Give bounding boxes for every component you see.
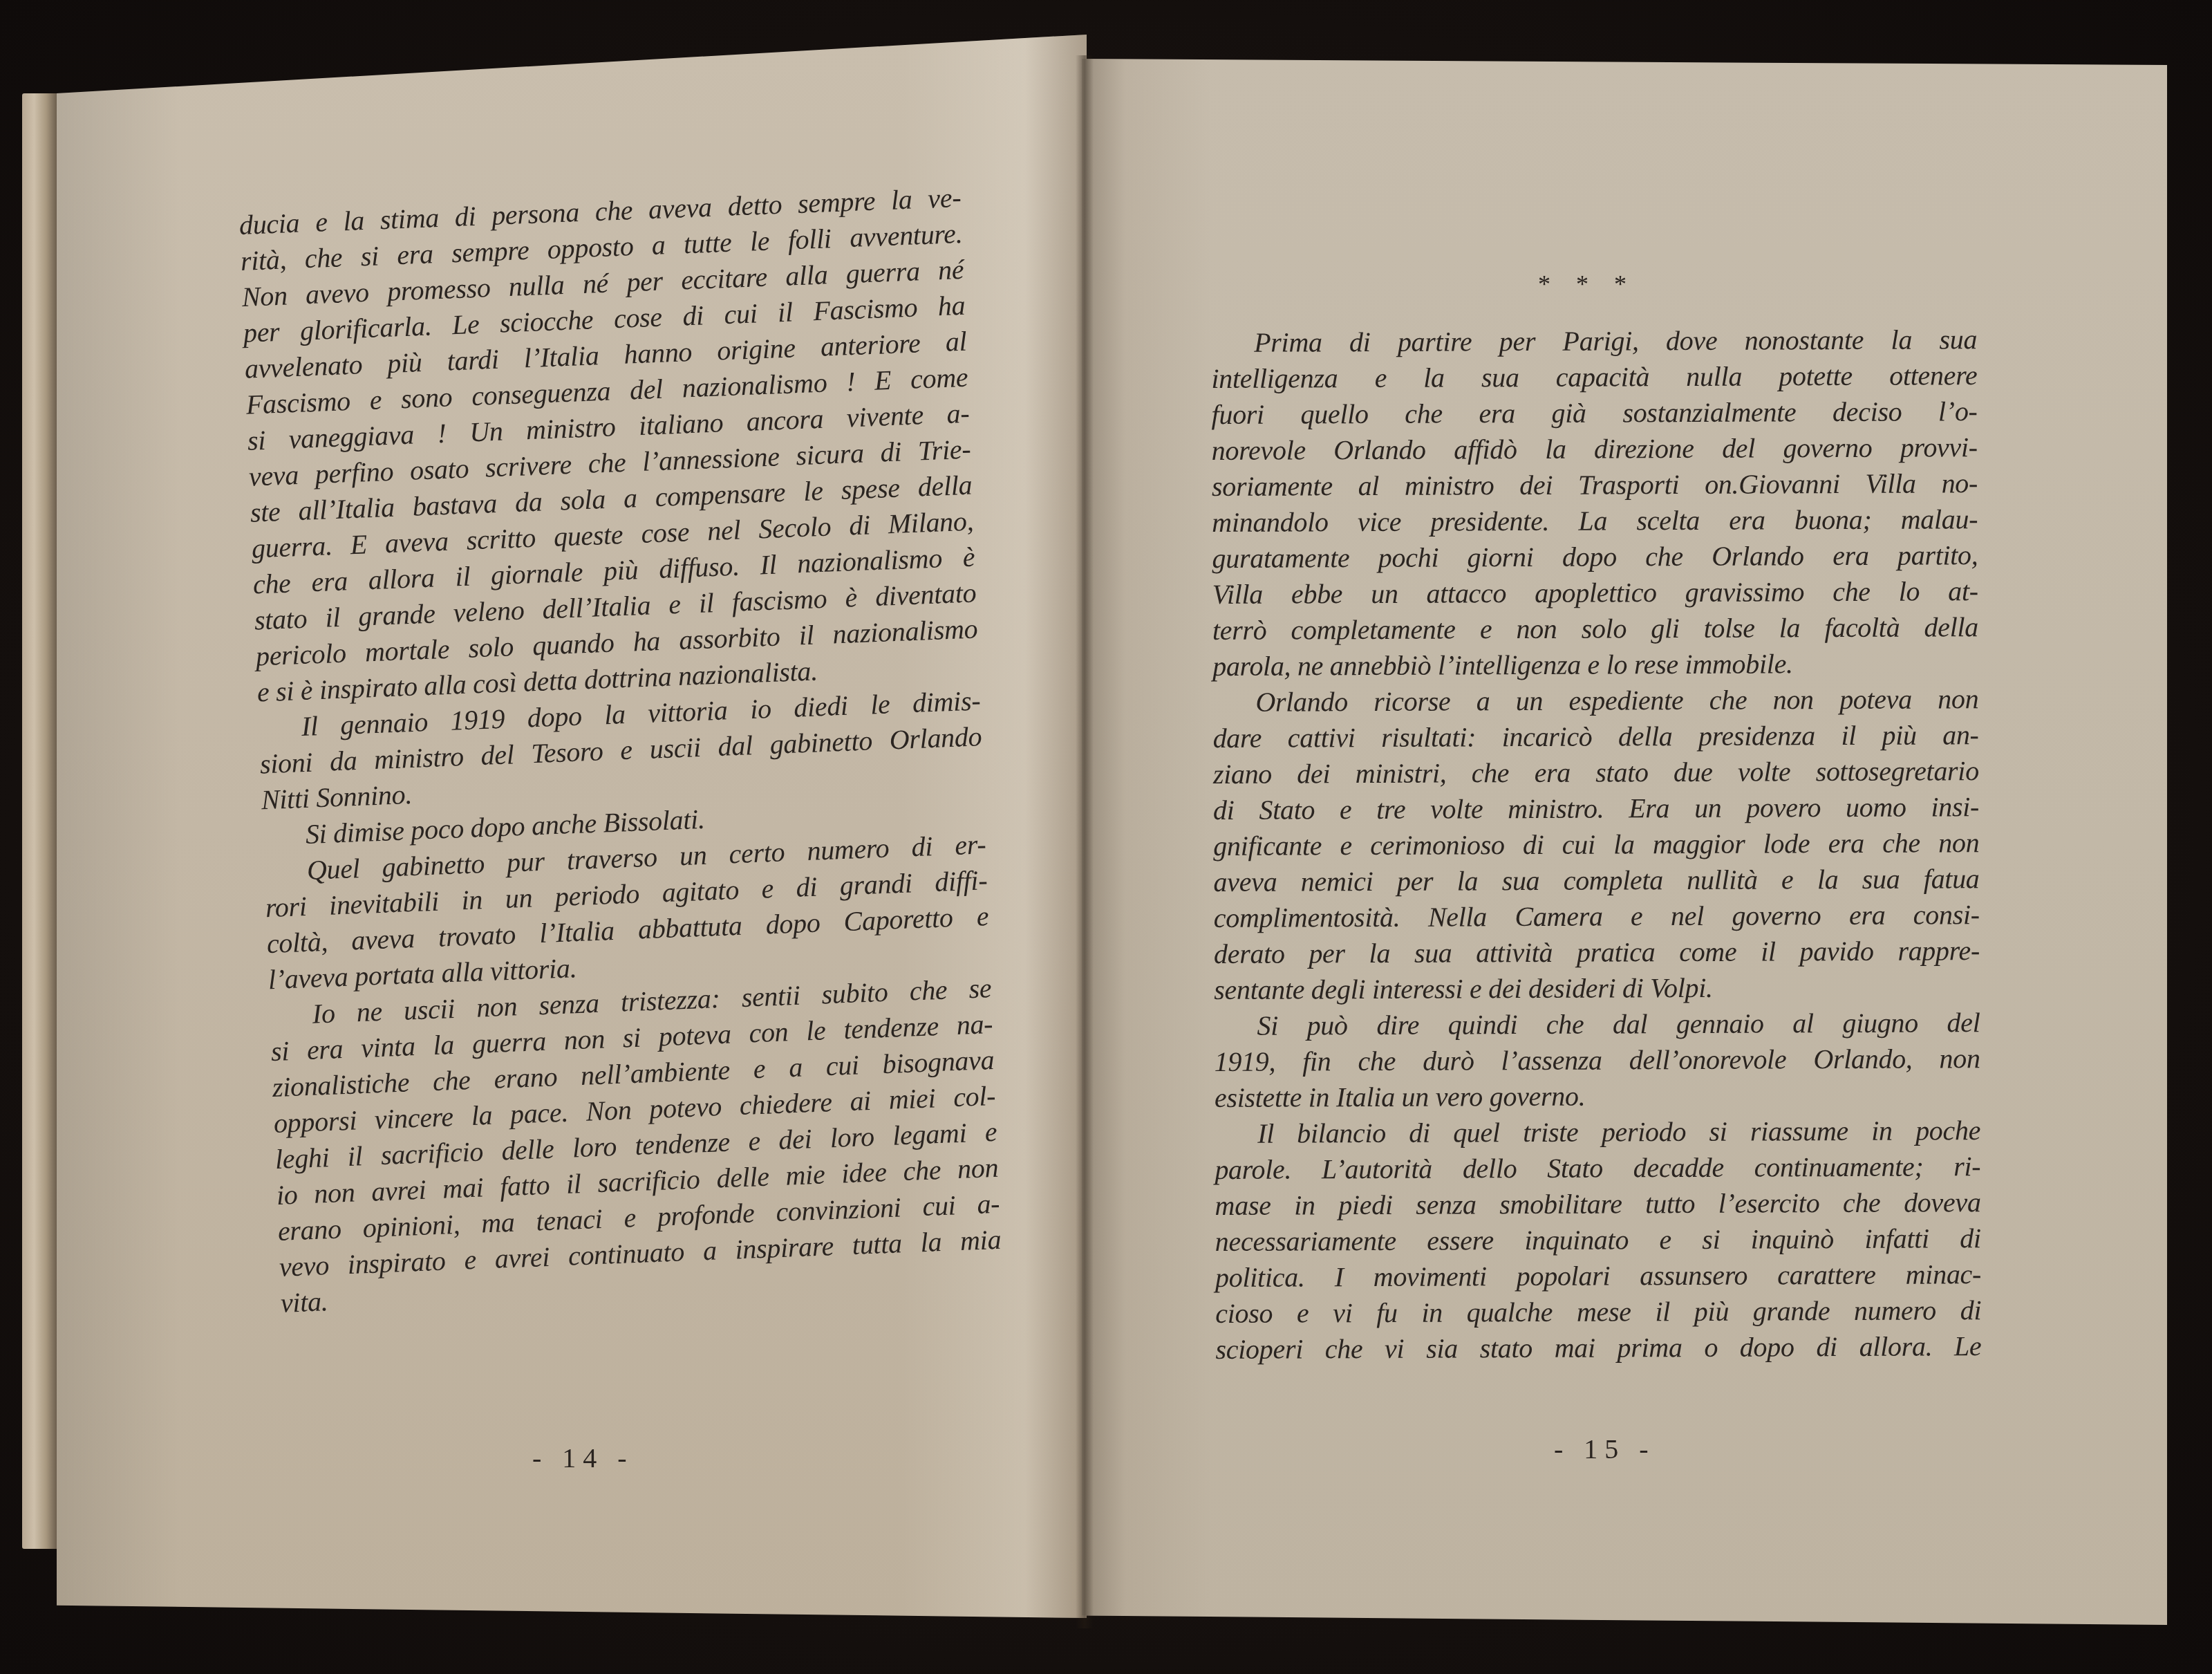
paragraph-start-line: Si può dire quindi che dal gennaio al gi… xyxy=(1214,1005,1980,1044)
page-number-left: - 14 - xyxy=(532,1442,634,1474)
text-line: esistette in Italia un vero governo. xyxy=(1215,1077,1980,1116)
text-line: soriamente al ministro dei Trasporti on.… xyxy=(1212,465,1978,505)
text-line: parole. L’autorità dello Stato decadde c… xyxy=(1215,1148,1980,1188)
text-line: cioso e vi fu in qualche mese il più gra… xyxy=(1215,1292,1981,1332)
text-line: norevole Orlando affidò la direzione del… xyxy=(1212,429,1978,469)
paragraph-start-line: Orlando ricorse a un espediente che non … xyxy=(1212,681,1978,720)
text-line: derato per la sua attività pratica come … xyxy=(1214,933,1980,972)
text-line: Villa ebbe un attacco apoplettico gravis… xyxy=(1212,573,1978,613)
text-line: scioperi che vi sia stato mai prima o do… xyxy=(1215,1328,1981,1368)
book-spine xyxy=(22,93,62,1549)
text-line: parola, ne annebbiò l’intelligenza e lo … xyxy=(1212,645,1978,685)
text-line: sentante degli interessi e dei desideri … xyxy=(1214,969,1980,1008)
text-line: mase in piedi senza smobilitare tutto l’… xyxy=(1215,1184,1980,1224)
text-line: 1919, fin che durò l’assenza dell’onorev… xyxy=(1215,1041,1980,1080)
text-line: guratamente pochi giorni dopo che Orland… xyxy=(1212,537,1978,577)
text-line: intelligenza e la sua capacità nulla pot… xyxy=(1211,357,1977,397)
right-page-text: Prima di partire per Parigi, dove nonost… xyxy=(1211,322,1982,1368)
text-line: fuori quello che era già sostanzialmente… xyxy=(1211,393,1977,433)
text-line: di Stato e tre volte ministro. Era un po… xyxy=(1213,789,1979,828)
text-line: minandolo vice presidente. La scelta era… xyxy=(1212,501,1978,541)
paragraph-start-line: Il bilancio di quel triste periodo si ri… xyxy=(1215,1113,1980,1152)
book-gutter xyxy=(1076,55,1094,1628)
text-line: ziano dei ministri, che era stato due vo… xyxy=(1213,753,1979,792)
text-line: necessariamente essere inquinato e si in… xyxy=(1215,1220,1981,1260)
page-number-right: - 15 - xyxy=(1554,1433,1656,1465)
text-line: dare cattivi risultati: incaricò della p… xyxy=(1212,717,1978,756)
text-line: complimentosità. Nella Camera e nel gove… xyxy=(1214,897,1980,936)
text-line: terrò completamente e non solo gli tolse… xyxy=(1212,609,1978,649)
left-page-text: ducia e la stima di persona che aveva de… xyxy=(238,180,1003,1321)
paragraph-start-line: Prima di partire per Parigi, dove nonost… xyxy=(1211,322,1977,361)
text-line: gnificante e cerimonioso di cui la maggi… xyxy=(1213,825,1979,864)
text-line: aveva nemici per la sua completa nullità… xyxy=(1213,861,1979,900)
text-line: politica. I movimenti popolari assunsero… xyxy=(1215,1256,1981,1296)
section-break-asterisks: * * * xyxy=(1538,270,1636,299)
